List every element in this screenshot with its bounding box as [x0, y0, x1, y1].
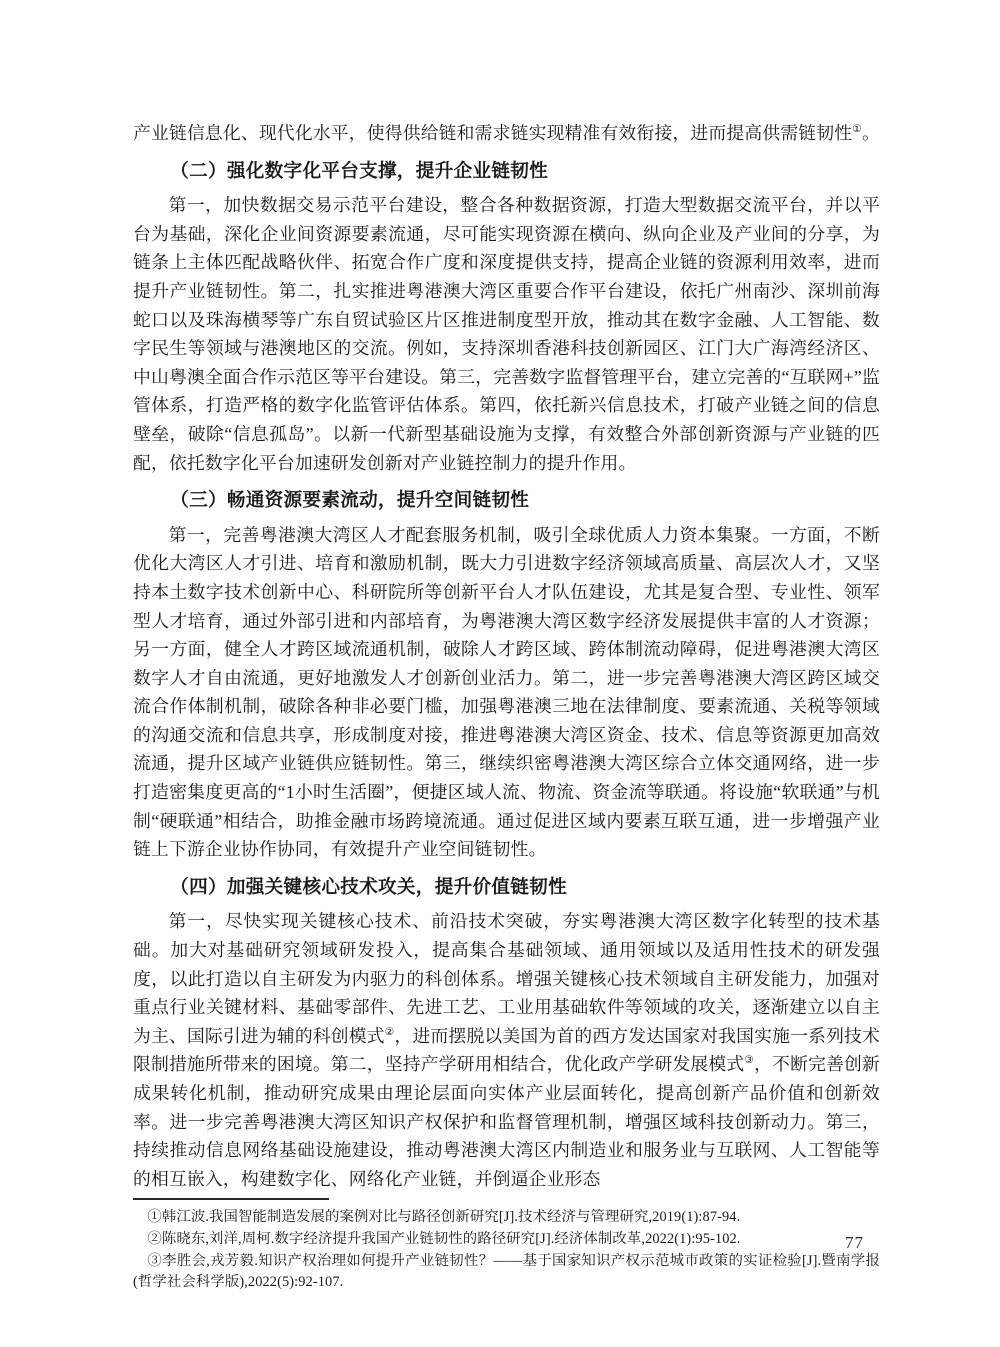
footnote-ref: ③: [744, 1054, 754, 1066]
footnote-separator: [133, 1198, 329, 1200]
text-run: 产业链信息化、现代化水平，使得供给链和需求链实现精准有效衔接，进而提高供需链韧性: [133, 123, 852, 143]
footnotes-list: ①韩江波.我国智能制造发展的案例对比与路径创新研究[J].技术经济与管理研究,2…: [133, 1207, 880, 1293]
footnote: ②陈晓东,刘洋,周柯.数字经济提升我国产业链韧性的路径研究[J].经济体制改革,…: [133, 1229, 880, 1251]
footnote-ref: ②: [385, 1026, 395, 1038]
footnotes-section: ①韩江波.我国智能制造发展的案例对比与路径创新研究[J].技术经济与管理研究,2…: [133, 1198, 880, 1293]
text-run: （三）畅通资源要素流动，提升空间链韧性: [170, 489, 529, 510]
page-content: 产业链信息化、现代化水平，使得供给链和需求链实现精准有效衔接，进而提高供需链韧性…: [133, 119, 880, 1294]
paragraph: 第一，完善粤港澳大湾区人才配套服务机制，吸引全球优质人力资本集聚。一方面，不断优…: [133, 521, 880, 864]
journal-page: 产业链信息化、现代化水平，使得供给链和需求链实现精准有效衔接，进而提高供需链韧性…: [0, 0, 1000, 1347]
page-number: 77: [845, 1233, 864, 1253]
article: 产业链信息化、现代化水平，使得供给链和需求链实现精准有效衔接，进而提高供需链韧性…: [133, 119, 880, 1193]
footnote-ref: ①: [852, 123, 862, 135]
paragraph: 第一，尽快实现关键核心技术、前沿技术突破，夯实粤港澳大湾区数字化转型的技术基础。…: [133, 907, 880, 1193]
text-run: （二）强化数字化平台支撑，提升企业链韧性: [170, 160, 548, 181]
section-heading: （四）加强关键核心技术攻关，提升价值链韧性: [133, 873, 880, 902]
text-run: 第一，完善粤港澳大湾区人才配套服务机制，吸引全球优质人力资本集聚。一方面，不断优…: [133, 525, 880, 860]
text-run: 。: [862, 123, 880, 143]
section-heading: （二）强化数字化平台支撑，提升企业链韧性: [133, 157, 880, 186]
section-heading: （三）畅通资源要素流动，提升空间链韧性: [133, 486, 880, 515]
footnote: ①韩江波.我国智能制造发展的案例对比与路径创新研究[J].技术经济与管理研究,2…: [133, 1207, 880, 1229]
paragraph: 第一，加快数据交易示范平台建设，整合各种数据资源，打造大型数据交流平台，并以平台…: [133, 191, 880, 477]
paragraph: 产业链信息化、现代化水平，使得供给链和需求链实现精准有效衔接，进而提高供需链韧性…: [133, 119, 880, 148]
text-run: （四）加强关键核心技术攻关，提升价值链韧性: [170, 876, 567, 897]
footnote: ③李胜会,戎芳毅.知识产权治理如何提升产业链韧性？——基于国家知识产权示范城市政…: [133, 1251, 880, 1294]
text-run: 第一，加快数据交易示范平台建设，整合各种数据资源，打造大型数据交流平台，并以平台…: [133, 195, 880, 472]
text-run: ，不断完善创新成果转化机制，推动研究成果由理论层面向实体产业层面转化，提高创新产…: [133, 1054, 880, 1188]
